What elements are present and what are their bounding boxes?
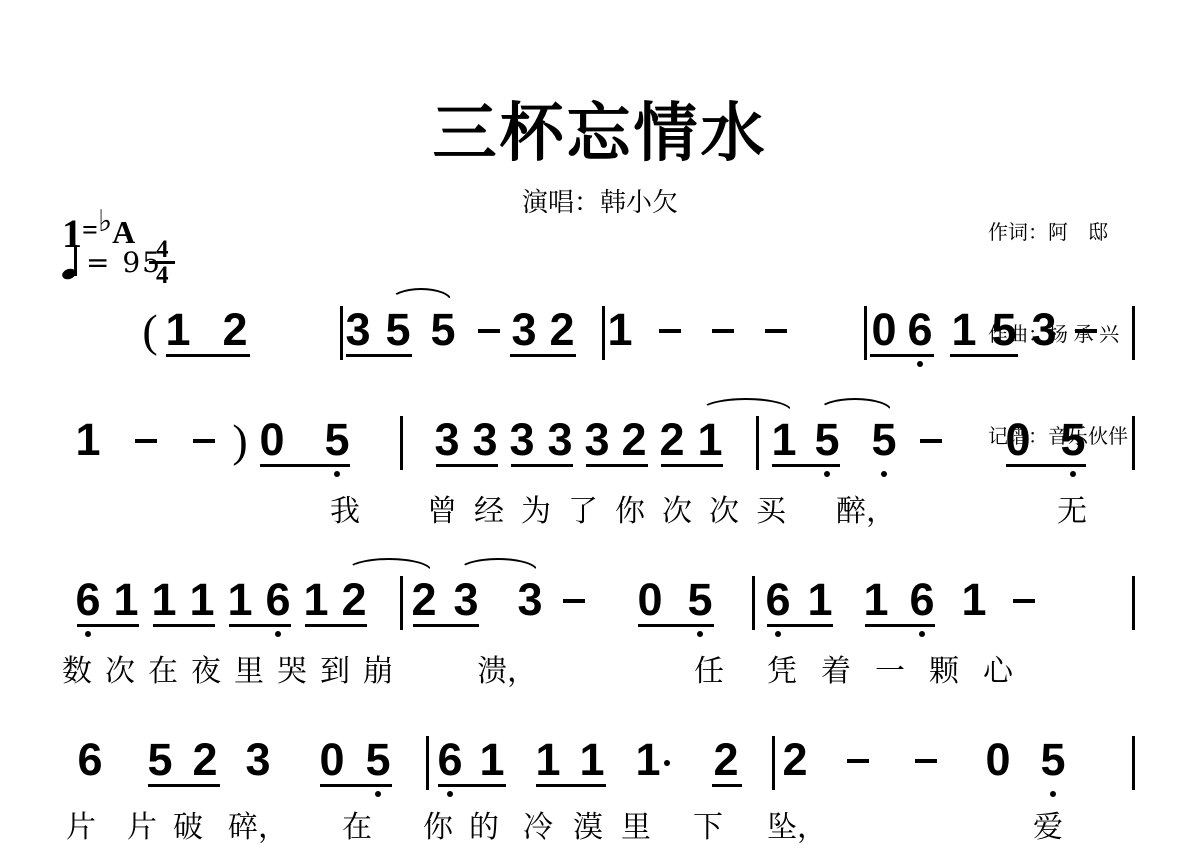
beam-underline — [870, 354, 934, 357]
octave-dot-low — [1050, 791, 1056, 797]
note-digit: 0 — [985, 740, 1010, 780]
intro-paren: ) — [232, 418, 247, 464]
note-digit: 6 — [437, 740, 462, 780]
note-digit: 6 — [765, 580, 790, 620]
duration-dash — [193, 439, 215, 443]
note-digit: 1 — [75, 420, 100, 460]
lyric-syllable: 溃， — [477, 646, 537, 690]
note-digit: 5 — [991, 310, 1016, 350]
note-digit: 1 — [227, 580, 252, 620]
beam-underline — [436, 464, 498, 467]
barline — [772, 736, 775, 790]
lyric-syllable: 爱 — [1033, 802, 1063, 846]
slur-arc — [458, 558, 538, 571]
score-area: (12355321061531)053333322115505我曾经为了你次次买… — [0, 0, 1200, 850]
octave-dot-low — [85, 631, 91, 637]
lyric-syllable: 哭 — [277, 646, 307, 690]
note-digit: 5 — [365, 740, 390, 780]
lyric-syllable: 崩 — [363, 646, 393, 690]
lyric-syllable: 一 — [875, 646, 905, 690]
lyric-syllable: 次 — [105, 646, 135, 690]
note-digit: 0 — [1005, 420, 1030, 460]
octave-dot-low — [881, 471, 887, 477]
note-digit: 3 — [547, 420, 572, 460]
duration-dash — [1075, 329, 1097, 333]
barline — [426, 736, 429, 790]
beam-underline — [510, 354, 576, 357]
slur-arc — [818, 398, 892, 411]
note-digit: 6 — [265, 580, 290, 620]
note-digit: 2 — [411, 580, 436, 620]
lyric-syllable: 下 — [693, 802, 723, 846]
duration-dash — [659, 329, 681, 333]
sheet-music-page: 三杯忘情水 演唱：韩小欠 作词：阿 邸 作曲：杨 承 兴 记谱：音乐伙伴 1=♭… — [0, 0, 1200, 850]
augmentation-dot — [664, 760, 670, 766]
octave-dot-low — [375, 791, 381, 797]
barline — [340, 306, 343, 360]
note-digit: 1 — [113, 580, 138, 620]
lyric-syllable: 颗 — [929, 646, 959, 690]
note-digit: 1 — [951, 310, 976, 350]
beam-underline — [438, 784, 506, 787]
note-digit: 5 — [687, 580, 712, 620]
lyric-syllable: 在 — [342, 802, 372, 846]
note-digit: 1 — [961, 580, 986, 620]
note-digit: 6 — [77, 740, 102, 780]
octave-dot-low — [775, 631, 781, 637]
lyric-syllable: 破 — [173, 802, 203, 846]
note-digit: 3 — [245, 740, 270, 780]
note-digit: 0 — [259, 420, 284, 460]
note-digit: 3 — [509, 420, 534, 460]
note-digit: 2 — [621, 420, 646, 460]
note-digit: 3 — [584, 420, 609, 460]
duration-dash — [563, 599, 585, 603]
note-digit: 1 — [807, 580, 832, 620]
lyric-syllable: 片 — [66, 802, 96, 846]
lyric-syllable: 次 — [709, 486, 739, 530]
beam-underline — [305, 624, 367, 627]
slur-arc — [346, 558, 432, 571]
lyric-syllable: 买 — [756, 486, 786, 530]
duration-dash — [478, 329, 500, 333]
duration-dash — [135, 439, 157, 443]
lyric-syllable: 在 — [148, 646, 178, 690]
lyric-syllable: 夜 — [191, 646, 221, 690]
beam-underline — [320, 784, 392, 787]
note-digit: 1 — [303, 580, 328, 620]
barline — [864, 306, 867, 360]
barline — [602, 306, 605, 360]
note-digit: 1 — [165, 310, 190, 350]
lyric-syllable: 着 — [821, 646, 851, 690]
note-digit: 3 — [472, 420, 497, 460]
barline — [756, 416, 759, 470]
note-digit: 2 — [192, 740, 217, 780]
lyric-syllable: 心 — [983, 646, 1013, 690]
barline — [1132, 576, 1135, 630]
barline — [1132, 736, 1135, 790]
beam-underline — [865, 624, 935, 627]
octave-dot-low — [697, 631, 703, 637]
note-digit: 1 — [479, 740, 504, 780]
octave-dot-low — [275, 631, 281, 637]
note-digit: 2 — [659, 420, 684, 460]
note-digit: 0 — [319, 740, 344, 780]
note-digit: 6 — [75, 580, 100, 620]
note-digit: 6 — [909, 580, 934, 620]
octave-dot-low — [919, 631, 925, 637]
lyric-syllable: 凭 — [767, 646, 797, 690]
note-digit: 2 — [222, 310, 247, 350]
note-digit: 1 — [635, 740, 660, 780]
beam-underline — [148, 784, 220, 787]
lyric-syllable: 经 — [474, 486, 504, 530]
lyric-syllable: 曾 — [427, 486, 457, 530]
note-digit: 1 — [607, 310, 632, 350]
note-digit: 5 — [814, 420, 839, 460]
barline — [400, 576, 403, 630]
duration-dash — [915, 759, 937, 763]
note-digit: 2 — [713, 740, 738, 780]
barline — [1132, 416, 1135, 470]
beam-underline — [229, 624, 291, 627]
beam-underline — [511, 464, 573, 467]
beam-underline — [767, 624, 833, 627]
note-digit: 1 — [579, 740, 604, 780]
beam-underline — [260, 464, 350, 467]
note-digit: 5 — [1060, 420, 1085, 460]
octave-dot-low — [1070, 471, 1076, 477]
duration-dash — [712, 329, 734, 333]
lyric-syllable: 我 — [330, 486, 360, 530]
octave-dot-low — [334, 471, 340, 477]
beam-underline — [153, 624, 215, 627]
note-digit: 3 — [517, 580, 542, 620]
lyric-syllable: 漠 — [573, 802, 603, 846]
octave-dot-low — [824, 471, 830, 477]
lyric-syllable: 片 — [127, 802, 157, 846]
barline — [1132, 306, 1135, 360]
beam-underline — [661, 464, 723, 467]
lyric-syllable: 坠， — [767, 802, 827, 846]
lyric-syllable: 里 — [234, 646, 264, 690]
lyric-syllable: 任 — [694, 646, 724, 690]
note-digit: 5 — [430, 310, 455, 350]
lyric-syllable: 数 — [62, 646, 92, 690]
lyric-syllable: 的 — [469, 802, 499, 846]
note-digit: 2 — [341, 580, 366, 620]
note-digit: 2 — [549, 310, 574, 350]
note-digit: 6 — [907, 310, 932, 350]
note-digit: 1 — [151, 580, 176, 620]
beam-underline — [346, 354, 412, 357]
slur-arc — [700, 398, 792, 411]
beam-underline — [536, 784, 606, 787]
note-digit: 3 — [434, 420, 459, 460]
lyric-syllable: 里 — [621, 802, 651, 846]
beam-underline — [1006, 464, 1086, 467]
note-digit: 3 — [345, 310, 370, 350]
slur-arc — [390, 288, 452, 301]
note-digit: 1 — [189, 580, 214, 620]
barline — [400, 416, 403, 470]
beam-underline — [586, 464, 648, 467]
beam-underline — [413, 624, 479, 627]
intro-paren: ( — [142, 308, 157, 354]
note-digit: 3 — [453, 580, 478, 620]
duration-dash — [1013, 599, 1035, 603]
lyric-syllable: 为 — [521, 486, 551, 530]
lyric-syllable: 次 — [662, 486, 692, 530]
note-digit: 0 — [637, 580, 662, 620]
duration-dash — [920, 439, 942, 443]
beam-underline — [638, 624, 714, 627]
note-digit: 2 — [782, 740, 807, 780]
note-digit: 5 — [385, 310, 410, 350]
note-digit: 1 — [771, 420, 796, 460]
note-digit: 1 — [535, 740, 560, 780]
note-digit: 5 — [871, 420, 896, 460]
beam-underline — [77, 624, 139, 627]
lyric-syllable: 到 — [320, 646, 350, 690]
note-digit: 0 — [871, 310, 896, 350]
barline — [752, 576, 755, 630]
lyric-syllable: 你 — [423, 802, 453, 846]
lyric-syllable: 醉， — [836, 486, 896, 530]
note-digit: 5 — [147, 740, 172, 780]
note-digit: 5 — [1040, 740, 1065, 780]
note-digit: 5 — [324, 420, 349, 460]
lyric-syllable: 冷 — [523, 802, 553, 846]
duration-dash — [765, 329, 787, 333]
lyric-syllable: 无 — [1057, 486, 1087, 530]
beam-underline — [166, 354, 250, 357]
lyric-syllable: 碎， — [228, 802, 288, 846]
beam-underline — [712, 784, 742, 787]
beam-underline — [772, 464, 840, 467]
note-digit: 3 — [511, 310, 536, 350]
duration-dash — [847, 759, 869, 763]
note-digit: 1 — [697, 420, 722, 460]
note-digit: 1 — [863, 580, 888, 620]
octave-dot-low — [917, 361, 923, 367]
beam-underline — [950, 354, 1018, 357]
lyric-syllable: 你 — [615, 486, 645, 530]
lyric-syllable: 了 — [568, 486, 598, 530]
octave-dot-low — [447, 791, 453, 797]
note-digit: 3 — [1031, 310, 1056, 350]
